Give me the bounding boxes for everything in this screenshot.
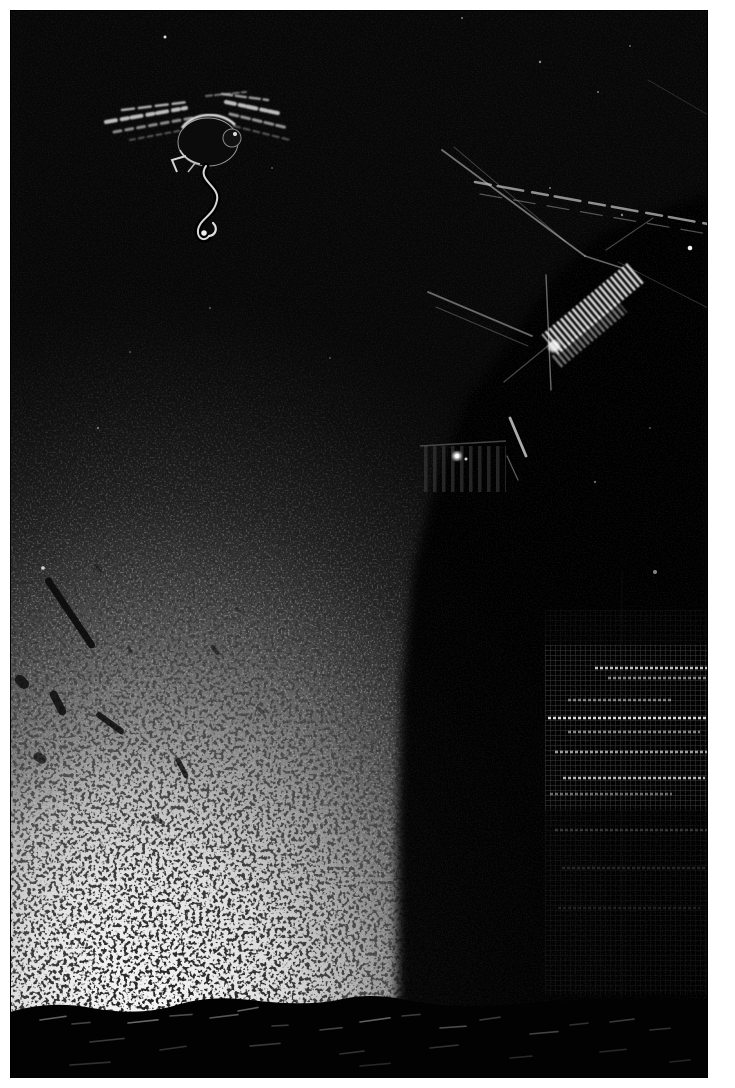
- tail-tip-glint: [201, 230, 207, 236]
- creature-head: [223, 129, 241, 147]
- mesh-lower-faint: [545, 810, 708, 995]
- creature-eye-glint: [233, 132, 237, 136]
- railing: [420, 441, 506, 492]
- manga-page: [0, 0, 735, 1088]
- manga-panel: [10, 10, 708, 1078]
- panel-artwork: [10, 10, 708, 1078]
- glowing-mesh-band: [545, 610, 708, 995]
- railing-slats: [420, 446, 506, 492]
- mesh-upper-faint: [545, 610, 708, 645]
- mesh-main: [545, 645, 708, 810]
